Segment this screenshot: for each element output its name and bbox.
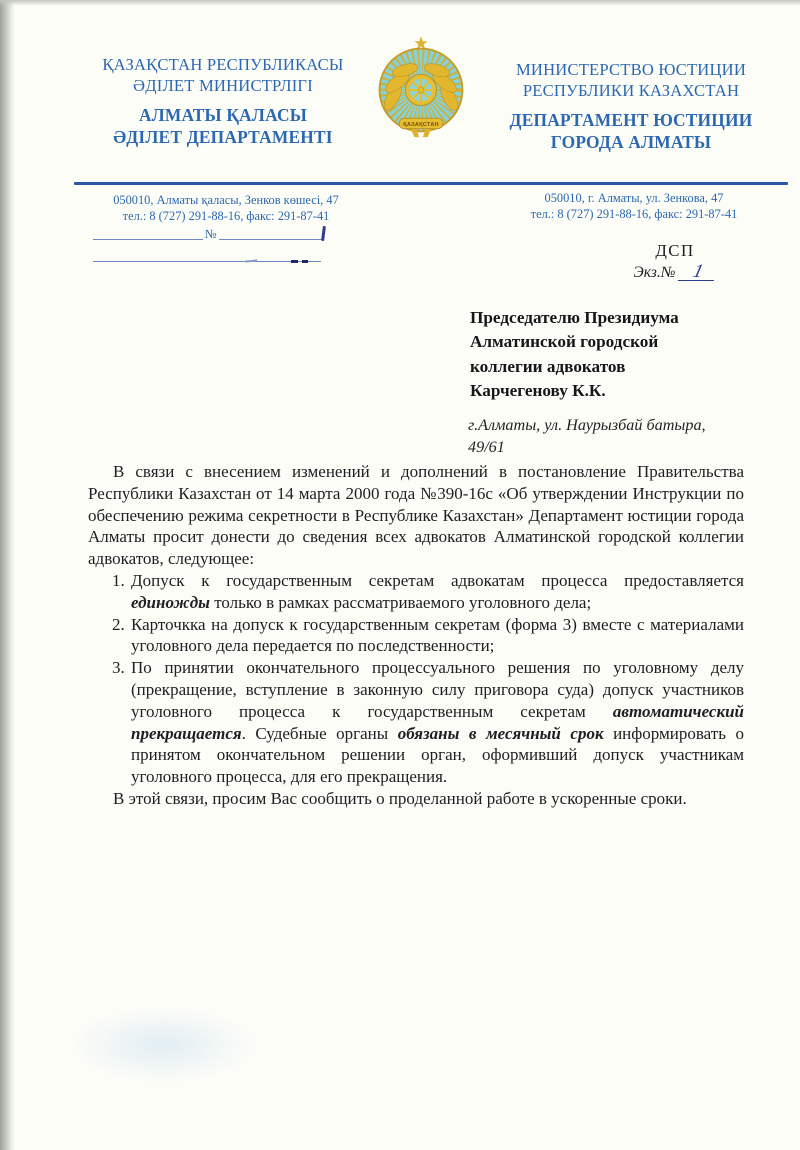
paragraph: В этой связи, просим Вас сообщить о прод… xyxy=(88,788,744,810)
org-name-kazakh: ҚАЗАҚСТАН РЕСПУБЛИКАСЫ ӘДІЛЕТ МИНИСТРЛІГ… xyxy=(70,55,376,148)
emblem-banner-text: ҚАЗАҚСТАН xyxy=(403,122,438,128)
blank-underline xyxy=(219,226,323,240)
dsp-label: ДСП xyxy=(595,241,755,261)
org-right-line1: МИНИСТЕРСТВО ЮСТИЦИИ xyxy=(478,60,784,81)
contact-address-kazakh: 050010, Алматы қаласы, Зенков көшесі, 47… xyxy=(78,193,374,225)
list-number: 3. xyxy=(112,657,131,788)
ink-mark xyxy=(302,260,308,263)
handwritten-tick xyxy=(321,226,325,241)
shanyrak-hub xyxy=(418,87,424,93)
addressee-line: Карчегенову К.К. xyxy=(470,379,775,403)
list-item: 3.По принятии окончательного процессуаль… xyxy=(88,657,744,788)
addressee-address-line: 49/61 xyxy=(468,436,773,458)
letter-body: В связи с внесением изменений и дополнен… xyxy=(88,461,744,810)
list-text: Допуск к государственным секретам адвока… xyxy=(131,570,744,614)
addressee-address-line: г.Алматы, ул. Наурызбай батыра, xyxy=(468,414,773,436)
text-segment: В связи с внесением изменений и дополнен… xyxy=(88,462,744,568)
ink-mark xyxy=(245,260,257,263)
org-left-line4: ӘДІЛЕТ ДЕПАРТАМЕНТІ xyxy=(70,127,376,149)
blank-underline xyxy=(93,226,203,240)
list-number: 1. xyxy=(112,570,131,614)
list-item: 2.Карточкка на допуск к государственным … xyxy=(88,614,744,658)
addr-right-line1: 050010, г. Алматы, ул. Зенкова, 47 xyxy=(488,191,780,207)
reference-number-line: № xyxy=(93,227,323,240)
ink-mark xyxy=(291,260,298,263)
org-left-line1: ҚАЗАҚСТАН РЕСПУБЛИКАСЫ xyxy=(70,55,376,76)
list-item: 1.Допуск к государственным секретам адво… xyxy=(88,570,744,614)
copy-label: Экз.№ xyxy=(634,264,676,281)
dsp-stamp-block: ДСП Экз.№1 xyxy=(595,241,755,282)
text-segment: Допуск к государственным секретам адвока… xyxy=(131,571,744,590)
addressee-line: коллегии адвокатов xyxy=(470,355,775,379)
contact-address-russian: 050010, г. Алматы, ул. Зенкова, 47 тел.:… xyxy=(488,191,780,223)
handwritten-copy-number: 1 xyxy=(678,263,718,281)
addr-left-line2: тел.: 8 (727) 291-88-16, факс: 291-87-41 xyxy=(78,209,374,225)
spacer xyxy=(70,96,376,105)
text-segment: В этой связи, просим Вас сообщить о прод… xyxy=(113,789,687,808)
org-right-line3: ДЕПАРТАМЕНТ ЮСТИЦИИ xyxy=(478,110,784,132)
org-name-russian: МИНИСТЕРСТВО ЮСТИЦИИ РЕСПУБЛИКИ КАЗАХСТА… xyxy=(478,60,784,153)
copy-number-line: Экз.№1 xyxy=(595,263,755,282)
addressee-address: г.Алматы, ул. Наурызбай батыра, 49/61 xyxy=(468,414,773,458)
addressee-line: Председателю Президиума xyxy=(470,306,775,330)
text-segment: единожды xyxy=(131,593,210,612)
addressee-line: Алматинской городской xyxy=(470,330,775,354)
list-number: 2. xyxy=(112,614,131,658)
emblem-star xyxy=(414,36,427,49)
org-left-line3: АЛМАТЫ ҚАЛАСЫ xyxy=(70,105,376,127)
addr-left-line1: 050010, Алматы қаласы, Зенков көшесі, 47 xyxy=(78,193,374,209)
body-paragraphs: В связи с внесением изменений и дополнен… xyxy=(88,461,744,810)
list-text: Карточкка на допуск к государственным се… xyxy=(131,614,744,658)
scanned-letter-page: ҚАЗАҚСТАН РЕСПУБЛИКАСЫ ӘДІЛЕТ МИНИСТРЛІГ… xyxy=(0,0,800,1150)
org-right-line2: РЕСПУБЛИКИ КАЗАХСТАН xyxy=(478,81,784,102)
addressee-block: Председателю Президиума Алматинской горо… xyxy=(470,306,775,404)
org-left-line2: ӘДІЛЕТ МИНИСТРЛІГІ xyxy=(70,76,376,97)
kazakhstan-emblem-icon: ҚАЗАҚСТАН xyxy=(372,34,470,146)
text-segment: . Судебные органы xyxy=(242,724,398,743)
scan-smudge xyxy=(68,1005,258,1085)
org-right-line4: ГОРОДА АЛМАТЫ xyxy=(478,132,784,154)
spacer xyxy=(478,101,784,110)
scan-edge-left xyxy=(0,0,15,1150)
text-segment: только в рамках рассматриваемого уголовн… xyxy=(210,593,591,612)
header-divider xyxy=(74,182,788,185)
text-segment: Карточкка на допуск к государственным се… xyxy=(131,615,744,656)
addr-right-line2: тел.: 8 (727) 291-88-16, факс: 291-87-41 xyxy=(488,207,780,223)
scan-edge-top xyxy=(0,0,800,6)
list-text: По принятии окончательного процессуально… xyxy=(131,657,744,788)
text-segment: обязаны в месячный срок xyxy=(398,724,604,743)
paragraph: В связи с внесением изменений и дополнен… xyxy=(88,461,744,570)
date-blank-line xyxy=(93,248,321,262)
number-sign: № xyxy=(203,229,219,240)
